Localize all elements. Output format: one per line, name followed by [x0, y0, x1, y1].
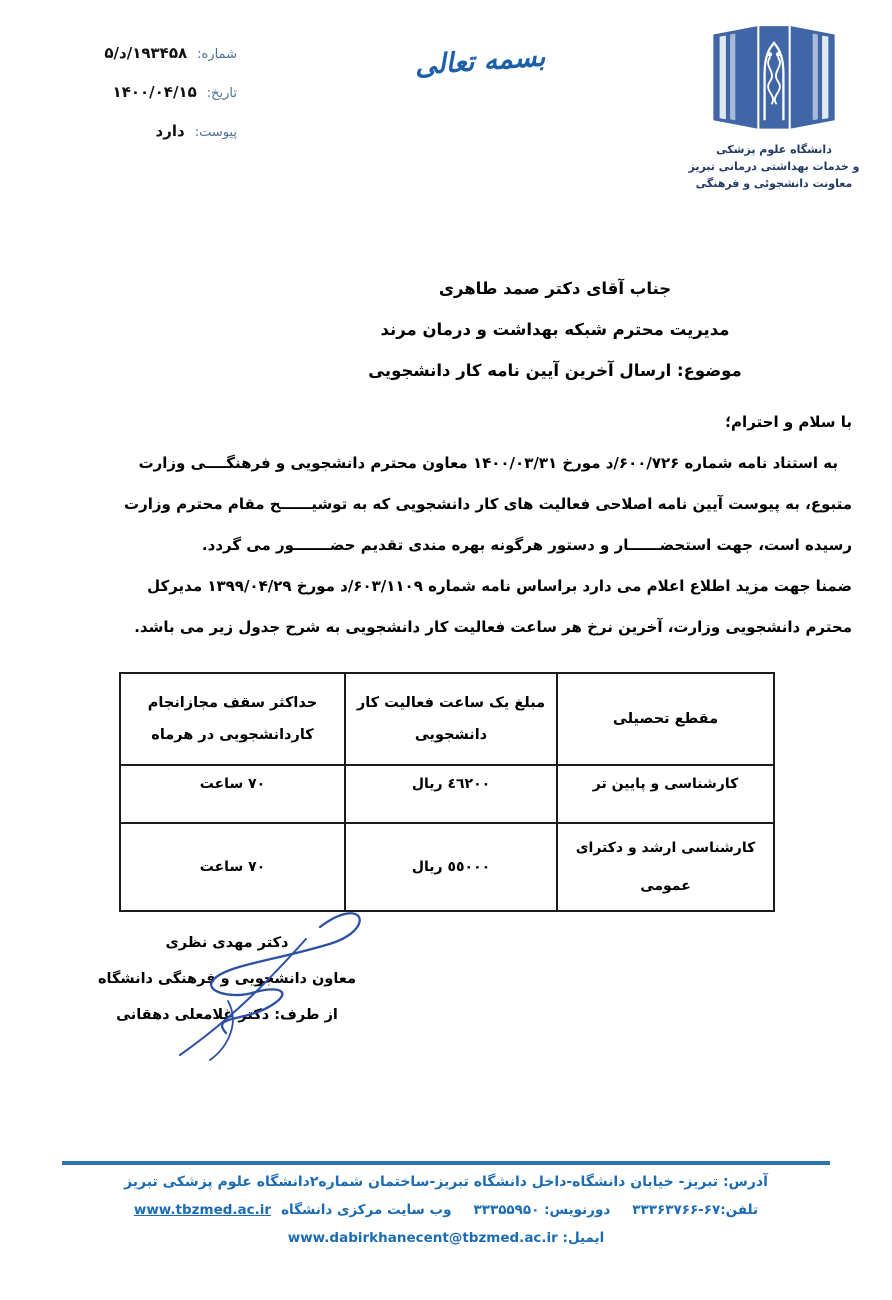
- student-work-rate-table: مقطع تحصیلی مبلغ یک ساعت فعالیت کار دانش…: [119, 672, 775, 912]
- letter-date-value: ۱۴۰۰/۰۴/۱۵: [113, 83, 197, 101]
- footer-email-link[interactable]: www.dabirkhanecent@tbzmed.ac.ir: [288, 1230, 558, 1246]
- letter-body: با سلام و احترام؛ به استناد نامه شماره د…: [60, 402, 852, 648]
- header-max-hours: حداکثر سقف مجازانجام کاردانشجویی در هرما…: [120, 673, 345, 765]
- logo-caption-line-2: و خدمات بهداشتی درمانی تبریز: [684, 158, 864, 175]
- body-paragraph1-line2: متبوع، به پیوست آیین نامه اصلاحی فعالیت …: [60, 484, 852, 525]
- subject-line: موضوع: ارسال آخرین آیین نامه کار دانشجوی…: [340, 350, 770, 391]
- footer-email-label: ایمیل:: [563, 1230, 605, 1246]
- body-p2-pre: ضمنا جهت مزید اطلاع اعلام می دارد براساس…: [423, 577, 852, 595]
- letter-attachment-value: دارد: [156, 122, 185, 140]
- body-paragraph2-line1: ضمنا جهت مزید اطلاع اعلام می دارد براساس…: [60, 566, 852, 607]
- footer-divider: [62, 1161, 830, 1165]
- letter-number-row: شماره: ۵/د/۱۹۳۴۵۸: [37, 44, 237, 62]
- header-hourly-rate: مبلغ یک ساعت فعالیت کار دانشجویی: [345, 673, 557, 765]
- header-education-level: مقطع تحصیلی: [557, 673, 774, 765]
- signed-on-behalf: از طرف: دکتر غلامعلی دهقانی: [62, 997, 392, 1033]
- recipient-block: جناب آقای دکتر صمد طاهری مدیریت محترم شب…: [340, 268, 770, 391]
- footer-address: آدرس: تبریز- خیابان دانشگاه-داخل دانشگاه…: [30, 1172, 862, 1192]
- letter-page: شماره: ۵/د/۱۹۳۴۵۸ تاریخ: ۱۴۰۰/۰۴/۱۵ پیوس…: [0, 0, 892, 1300]
- recipient-title: مدیریت محترم شبکه بهداشت و درمان مرند: [340, 309, 770, 350]
- body-paragraph2-line2: محترم دانشجویی وزارت، آخرین نرخ هر ساعت …: [60, 607, 852, 648]
- cell-level-graduate: کارشناسی ارشد و دکترای عمومی: [557, 823, 774, 911]
- signature-block: دکتر مهدی نظری معاون دانشجویی و فرهنگی د…: [62, 925, 392, 1033]
- footer-phone: تلفن:۳۳۳۶۳۷۶۶-۶۷: [632, 1202, 758, 1218]
- logo-caption-line-3: معاونت دانشجوئی و فرهنگی: [684, 175, 864, 192]
- cell-max-graduate: ۷۰ ساعت: [120, 823, 345, 911]
- signatory-title: معاون دانشجویی و فرهنگی دانشگاه: [62, 961, 392, 997]
- table-header-row: مقطع تحصیلی مبلغ یک ساعت فعالیت کار دانش…: [120, 673, 774, 765]
- letter-number-value: ۵/د/۱۹۳۴۵۸: [104, 44, 187, 62]
- table-row: کارشناسی ارشد و دکترای عمومی ٥٥٠٠٠ ریال …: [120, 823, 774, 911]
- footer-phone-value: ۳۳۳۶۳۷۶۶-۶۷: [632, 1200, 720, 1220]
- reference-number-1: د/۶۰۰/۷۲۶: [606, 443, 680, 484]
- cell-rate-graduate: ٥٥٠٠٠ ریال: [345, 823, 557, 911]
- letter-attachment-label: پیوست:: [195, 125, 237, 140]
- body-paragraph1-line3: رسیده است، جهت استحضــــــار و دستور هرگ…: [60, 525, 852, 566]
- footer-website-link[interactable]: www.tbzmed.ac.ir: [134, 1202, 271, 1218]
- body-p1-post: مورخ ۱۴۰۰/۰۳/۳۱ معاون محترم دانشجویی و ف…: [139, 454, 606, 472]
- recipient-name: جناب آقای دکتر صمد طاهری: [340, 268, 770, 309]
- body-p1-pre: به استناد نامه شماره: [679, 454, 838, 472]
- cell-rate-bachelor: ٤٦٢٠٠ ریال: [345, 765, 557, 823]
- university-logo-block: دانشگاه علوم پزشکی و خدمات بهداشتی درمان…: [684, 22, 864, 192]
- letter-number-label: شماره:: [197, 47, 237, 62]
- salutation: با سلام و احترام؛: [60, 402, 852, 443]
- footer: آدرس: تبریز- خیابان دانشگاه-داخل دانشگاه…: [30, 1172, 862, 1256]
- letter-meta-fields: شماره: ۵/د/۱۹۳۴۵۸ تاریخ: ۱۴۰۰/۰۴/۱۵ پیوس…: [37, 44, 237, 161]
- footer-fax: دورنویس: ۳۳۳۵۵۹۵۰: [473, 1202, 610, 1218]
- table-row: کارشناسی و پایین تر ٤٦٢٠٠ ریال ۷۰ ساعت: [120, 765, 774, 823]
- footer-phone-label: تلفن:: [720, 1202, 758, 1218]
- bismillah-calligraphy: بسمه تعالی: [379, 39, 581, 84]
- cell-level-bachelor: کارشناسی و پایین تر: [557, 765, 774, 823]
- signatory-name: دکتر مهدی نظری: [62, 925, 392, 961]
- letter-date-row: تاریخ: ۱۴۰۰/۰۴/۱۵: [37, 83, 237, 101]
- university-logo-icon: [699, 22, 849, 137]
- body-p2-post: مورخ ۱۳۹۹/۰۴/۲۹ مدیرکل: [147, 577, 340, 595]
- letter-date-label: تاریخ:: [207, 86, 237, 101]
- reference-number-2: د/۶۰۳/۱۱۰۹: [340, 566, 423, 607]
- footer-contacts: تلفن:۳۳۳۶۳۷۶۶-۶۷دورنویس: ۳۳۳۵۵۹۵۰وب سایت…: [30, 1200, 862, 1220]
- logo-caption-line-1: دانشگاه علوم پزشکی: [684, 141, 864, 158]
- letter-attachment-row: پیوست: دارد: [37, 122, 237, 140]
- footer-email-line: ایمیل: www.dabirkhanecent@tbzmed.ac.ir: [30, 1228, 862, 1248]
- cell-max-bachelor: ۷۰ ساعت: [120, 765, 345, 823]
- footer-website-label: وب سایت مرکزی دانشگاه: [281, 1202, 451, 1218]
- body-paragraph1-line1: به استناد نامه شماره د/۶۰۰/۷۲۶ مورخ ۱۴۰۰…: [60, 443, 852, 484]
- university-logo-caption: دانشگاه علوم پزشکی و خدمات بهداشتی درمان…: [684, 141, 864, 192]
